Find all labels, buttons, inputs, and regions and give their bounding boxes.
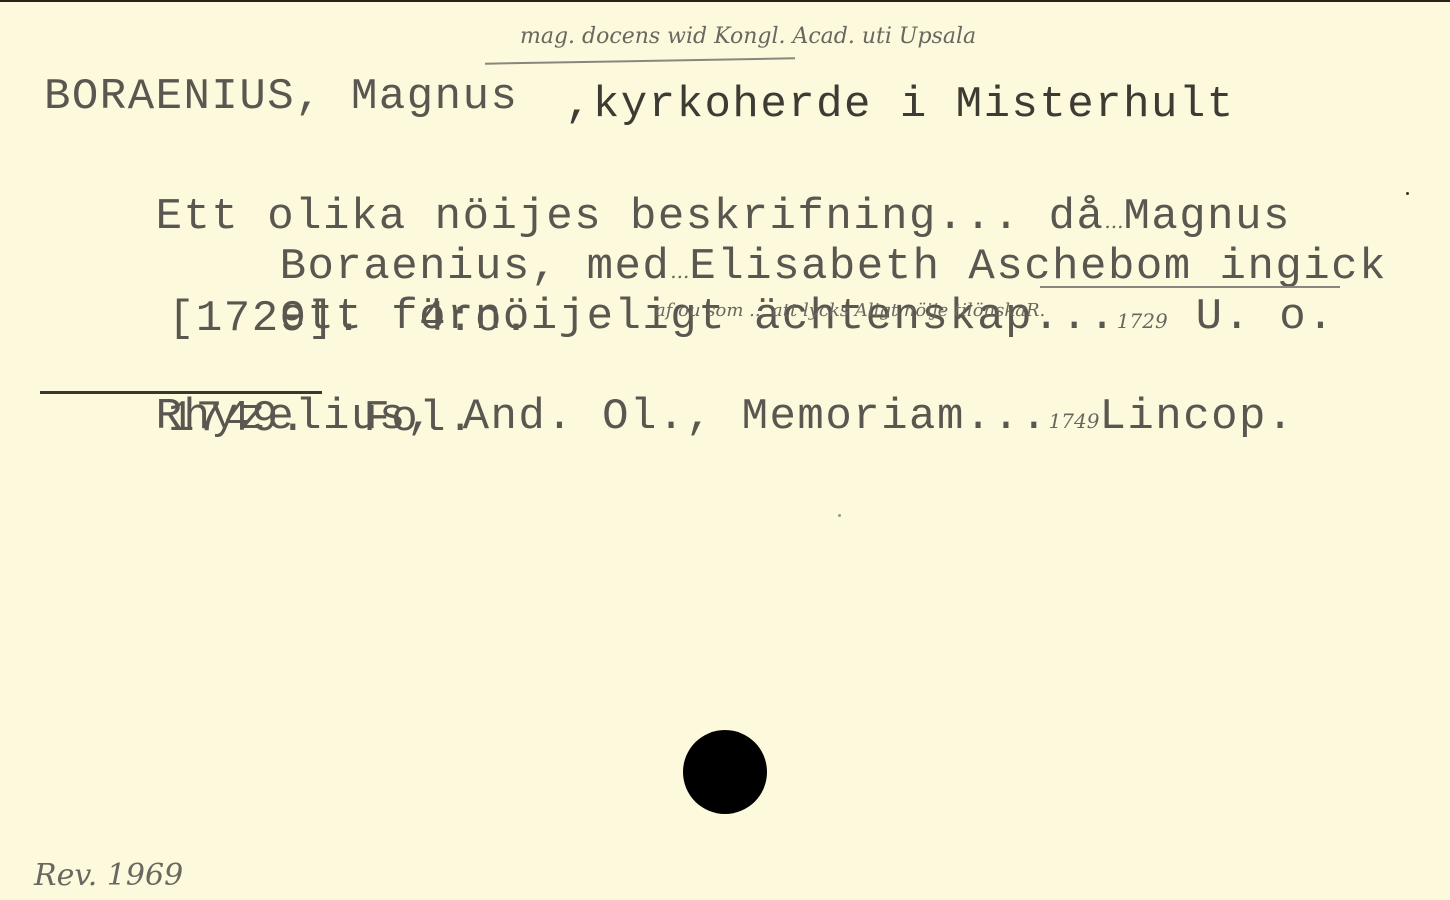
handwritten-revision-note: Rev. 1969: [34, 858, 183, 893]
handwritten-year: 1729: [1117, 309, 1168, 333]
handwritten-annotation-top: mag. docens wid Kongl. Acad. uti Upsala: [520, 24, 976, 49]
pencil-underline: [1040, 286, 1340, 288]
speck: [1406, 192, 1409, 195]
entry2-line1-a: , And. Ol., Memoriam...: [407, 392, 1049, 442]
entry1-line4: [1729]. 4:o.: [168, 294, 531, 344]
card-heading-author: BORAENIUS, Magnus: [44, 72, 518, 122]
handwritten-annotation-entry1: af ou som ... att lycks Aligt nöije tilö…: [655, 300, 1045, 321]
entry2-line2: 1749. Fol.: [168, 394, 475, 444]
punch-hole: [683, 730, 767, 814]
entry1-line3-b: U. o.: [1196, 292, 1336, 342]
handwritten-year: 1749: [1049, 409, 1100, 433]
card-heading-title: ,kyrkoherde i Misterhult: [565, 80, 1235, 130]
speck: [838, 514, 841, 517]
entry2-line1-b: Lincop.: [1099, 392, 1294, 442]
insertion-brace: [485, 57, 795, 64]
catalog-card: mag. docens wid Kongl. Acad. uti Upsala …: [0, 0, 1450, 900]
